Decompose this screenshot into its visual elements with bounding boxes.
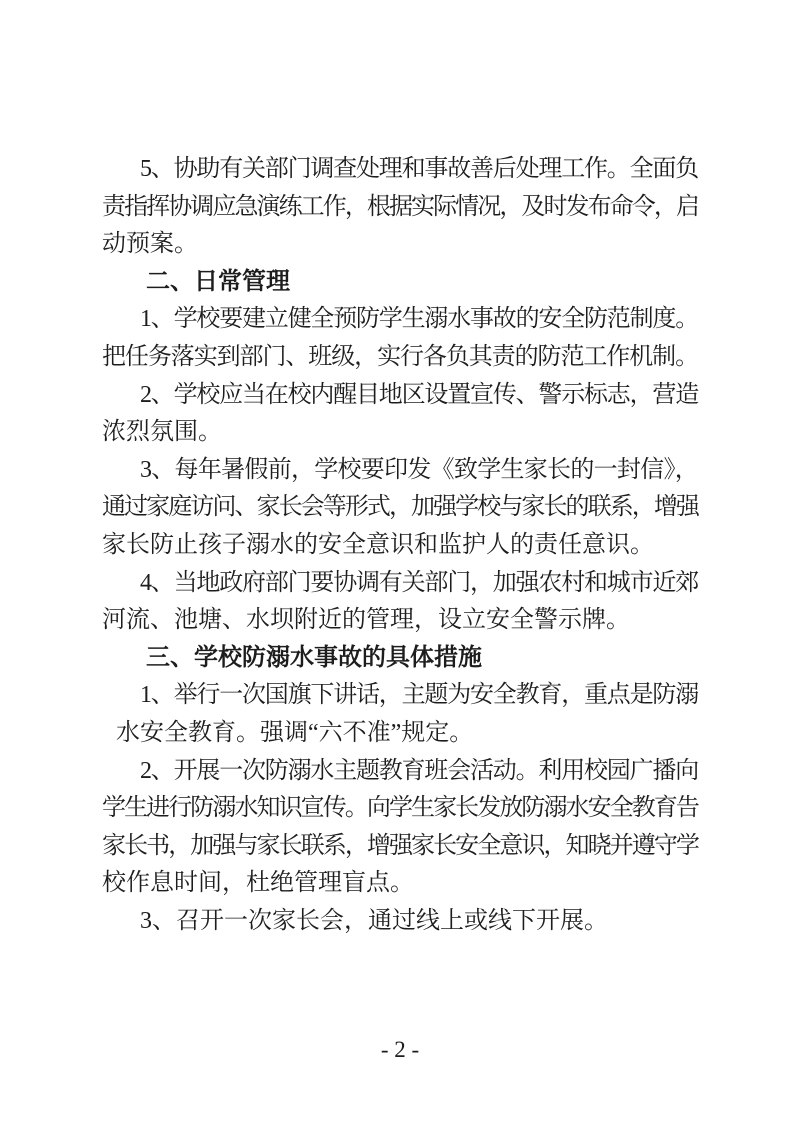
- text-line: 3、召开一次家长会，通过线上或线下开展。: [102, 903, 698, 941]
- page-number: - 2 -: [381, 1037, 419, 1062]
- text-run: 4、当地政府部门要协调有关部门，加强农村和城市近郊: [140, 570, 698, 596]
- text-run: 通过家庭访问、家长会等形式，加强学校与家长的联系，增强: [102, 494, 698, 520]
- text-run: 水安全教育。强调“六不准”规定。: [116, 720, 473, 746]
- text-line: 二、日常管理: [102, 264, 698, 302]
- document-body: 5、协助有关部门调查处理和事故善后处理工作。全面负责指挥协调应急演练工作，根据实…: [102, 151, 698, 940]
- text-run: 家长书，加强与家长联系，增强家长安全意识，知晓并遵守学: [102, 833, 698, 859]
- text-line: 家长书，加强与家长联系，增强家长安全意识，知晓并遵守学: [102, 828, 698, 866]
- text-line: 4、当地政府部门要协调有关部门，加强农村和城市近郊: [102, 565, 698, 603]
- text-run: 学生进行防溺水知识宣传。向学生家长发放防溺水安全教育告: [102, 795, 698, 821]
- text-run: 3、召开一次家长会，通过线上或线下开展。: [140, 908, 608, 934]
- text-line: 家长防止孩子溺水的安全意识和监护人的责任意识。: [102, 527, 698, 565]
- document-page: 5、协助有关部门调查处理和事故善后处理工作。全面负责指挥协调应急演练工作，根据实…: [0, 0, 800, 1132]
- paragraph: 5、协助有关部门调查处理和事故善后处理工作。全面负责指挥协调应急演练工作，根据实…: [102, 151, 698, 264]
- text-line: 三、学校防溺水事故的具体措施: [102, 640, 698, 678]
- text-run: 动预案。: [102, 231, 198, 257]
- text-run: 二、日常管理: [146, 269, 290, 295]
- paragraph: 1、举行一次国旗下讲话，主题为安全教育，重点是防溺水安全教育。强调“六不准”规定…: [102, 677, 698, 752]
- text-line: 2、开展一次防溺水主题教育班会活动。利用校园广播向: [102, 753, 698, 791]
- text-line: 1、举行一次国旗下讲话，主题为安全教育，重点是防溺: [102, 677, 698, 715]
- text-line: 把任务落实到部门、班级，实行各负其责的防范工作机制。: [102, 339, 698, 377]
- text-line: 2、学校应当在校内醒目地区设置宣传、警示标志，营造: [102, 377, 698, 415]
- text-run: 校作息时间，杜绝管理盲点。: [102, 870, 414, 896]
- paragraph: 1、学校要建立健全预防学生溺水事故的安全防范制度。把任务落实到部门、班级，实行各…: [102, 301, 698, 376]
- text-run: 5、协助有关部门调查处理和事故善后处理工作。全面负: [140, 156, 698, 182]
- text-line: 校作息时间，杜绝管理盲点。: [102, 865, 698, 903]
- paragraph: 4、当地政府部门要协调有关部门，加强农村和城市近郊河流、池塘、水坝附近的管理，设…: [102, 565, 698, 640]
- text-line: 河流、池塘、水坝附近的管理，设立安全警示牌。: [102, 602, 698, 640]
- text-line: 学生进行防溺水知识宣传。向学生家长发放防溺水安全教育告: [102, 790, 698, 828]
- text-run: 家长防止孩子溺水的安全意识和监护人的责任意识。: [102, 532, 654, 558]
- text-line: 浓烈氛围。: [102, 414, 698, 452]
- text-run: 3、每年暑假前，学校要印发《致学生家长的一封信》，: [140, 457, 698, 483]
- text-line: 5、协助有关部门调查处理和事故善后处理工作。全面负: [102, 151, 698, 189]
- text-run: 1、举行一次国旗下讲话，主题为安全教育，重点是防溺: [140, 682, 698, 708]
- text-run: 河流、池塘、水坝附近的管理，设立安全警示牌。: [102, 607, 630, 633]
- paragraph: 2、开展一次防溺水主题教育班会活动。利用校园广播向学生进行防溺水知识宣传。向学生…: [102, 753, 698, 903]
- text-line: 3、每年暑假前，学校要印发《致学生家长的一封信》，: [102, 452, 698, 490]
- section-heading: 三、学校防溺水事故的具体措施: [102, 640, 698, 678]
- text-run: 浓烈氛围。: [102, 419, 222, 445]
- paragraph: 2、学校应当在校内醒目地区设置宣传、警示标志，营造浓烈氛围。: [102, 377, 698, 452]
- text-run: 三、学校防溺水事故的具体措施: [146, 645, 482, 671]
- section-heading: 二、日常管理: [102, 264, 698, 302]
- page-footer: - 2 -: [0, 1036, 800, 1064]
- text-run: 2、开展一次防溺水主题教育班会活动。利用校园广播向: [140, 758, 698, 784]
- text-line: 水安全教育。强调“六不准”规定。: [102, 715, 698, 753]
- text-line: 动预案。: [102, 226, 698, 264]
- paragraph: 3、每年暑假前，学校要印发《致学生家长的一封信》，通过家庭访问、家长会等形式，加…: [102, 452, 698, 565]
- text-run: 责指挥协调应急演练工作，根据实际情况，及时发布命令，启: [102, 194, 698, 220]
- paragraph: 3、召开一次家长会，通过线上或线下开展。: [102, 903, 698, 941]
- text-run: 把任务落实到部门、班级，实行各负其责的防范工作机制。: [102, 344, 698, 370]
- text-line: 1、学校要建立健全预防学生溺水事故的安全防范制度。: [102, 301, 698, 339]
- text-run: 1、学校要建立健全预防学生溺水事故的安全防范制度。: [140, 306, 698, 332]
- text-line: 通过家庭访问、家长会等形式，加强学校与家长的联系，增强: [102, 489, 698, 527]
- text-line: 责指挥协调应急演练工作，根据实际情况，及时发布命令，启: [102, 189, 698, 227]
- text-run: 2、学校应当在校内醒目地区设置宣传、警示标志，营造: [140, 382, 698, 408]
